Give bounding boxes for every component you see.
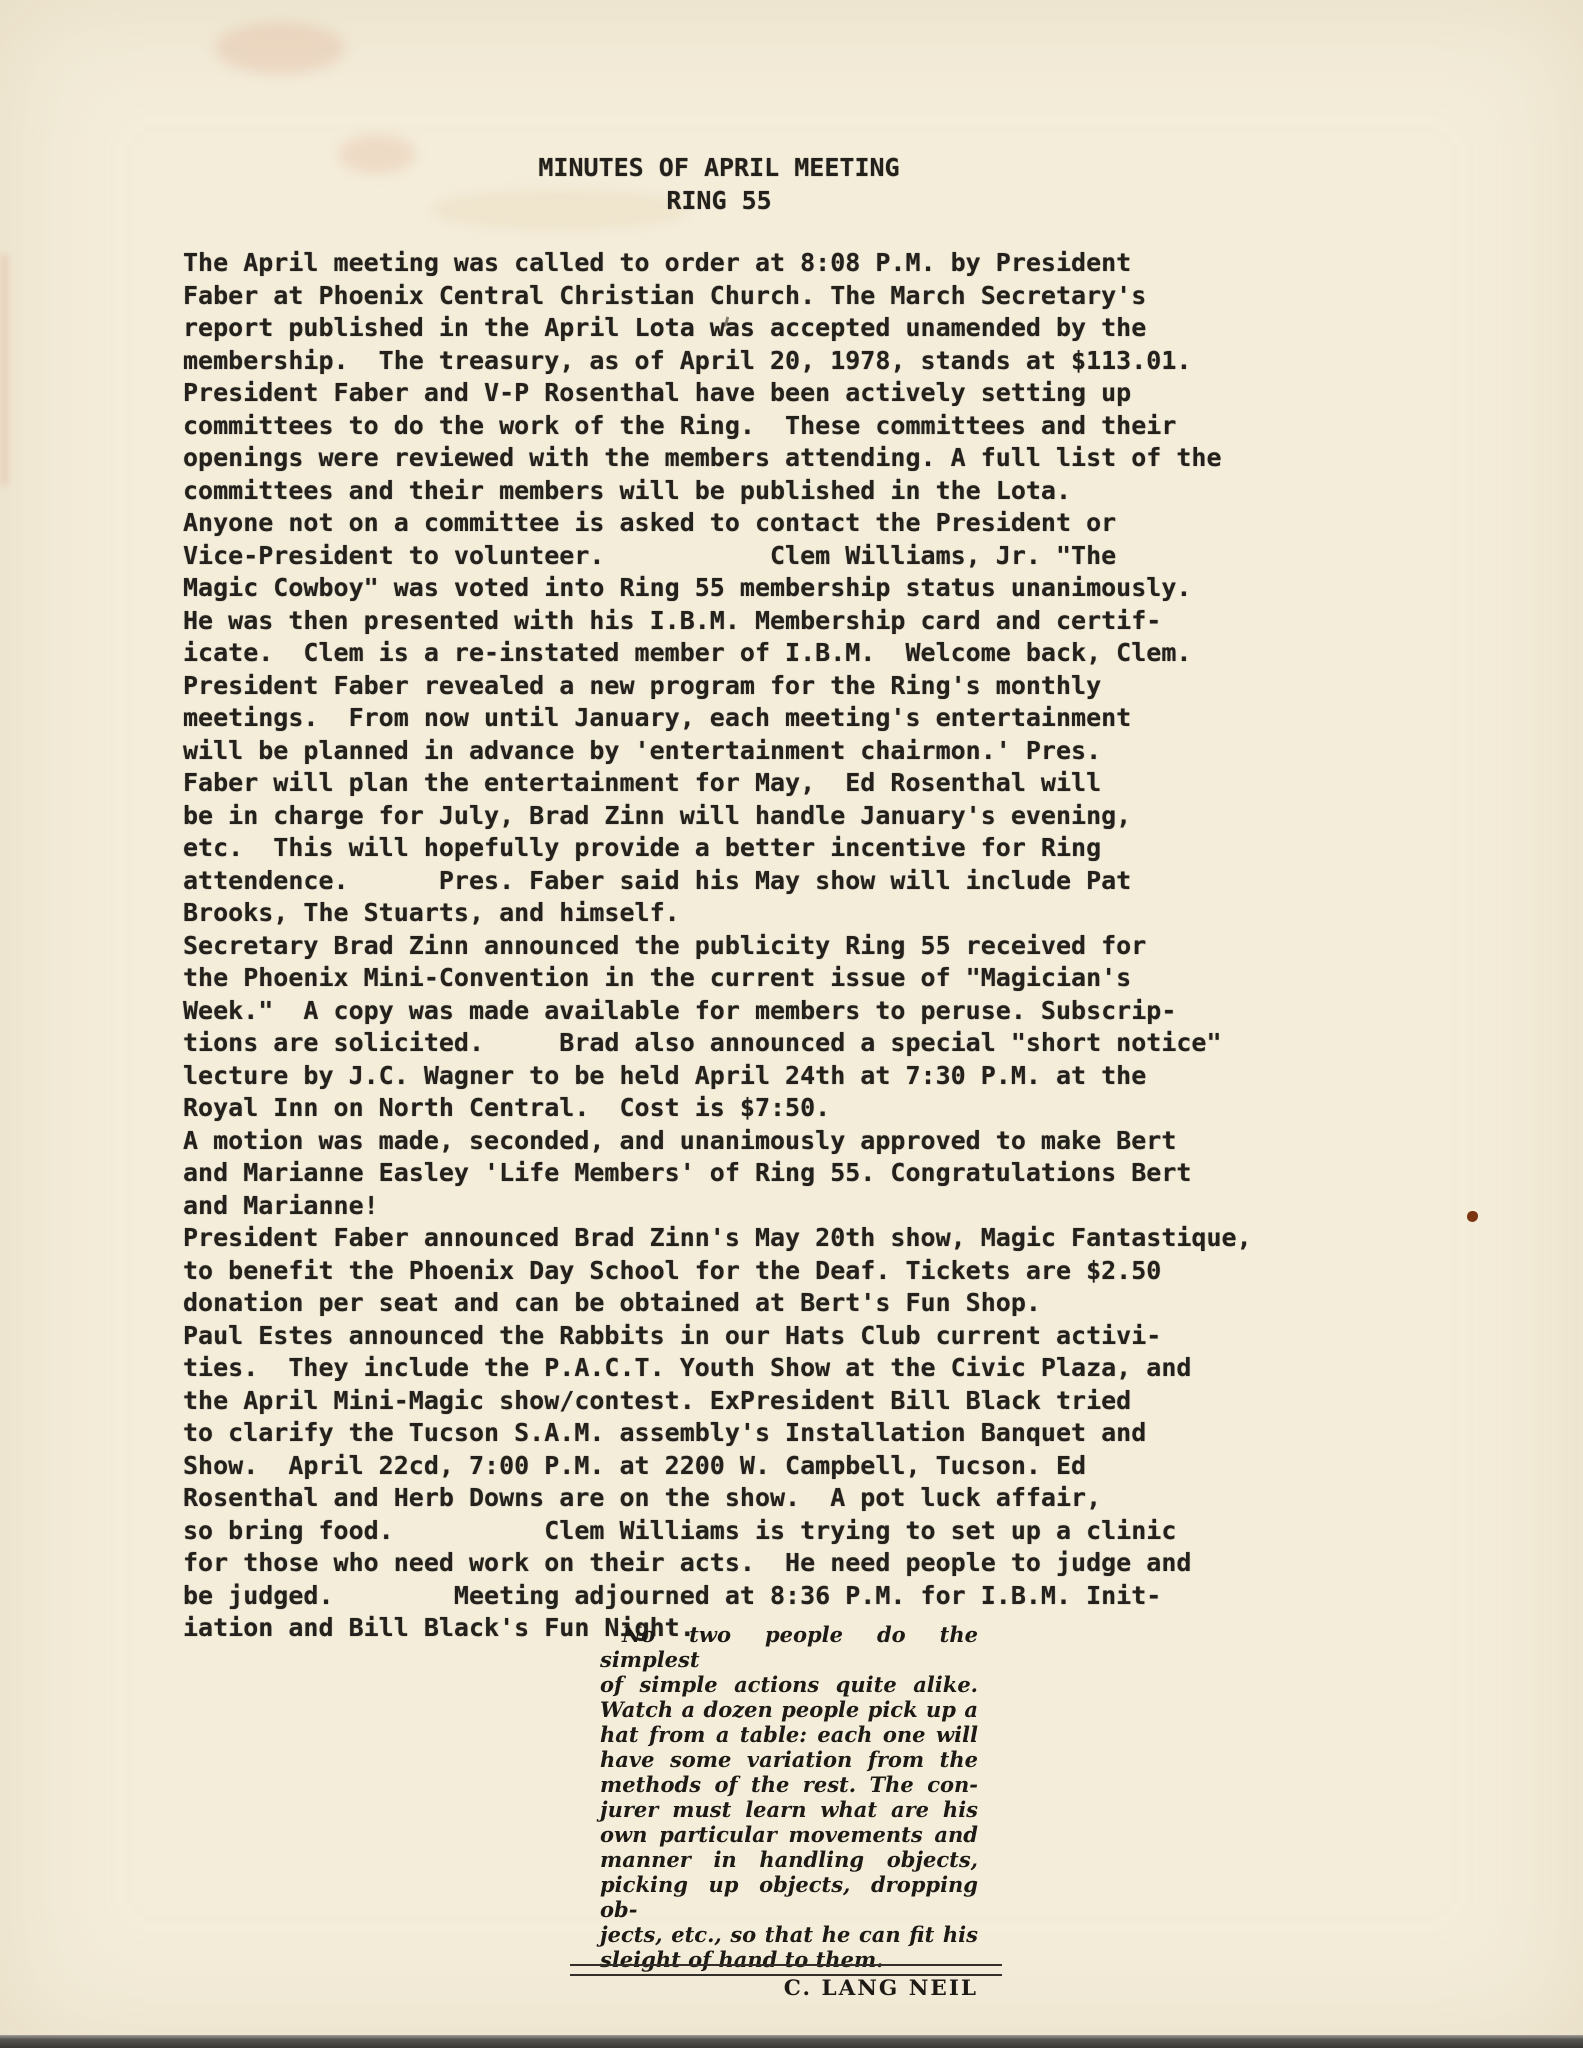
typed-line: President Faber revealed a new program f… bbox=[183, 670, 1293, 703]
typed-line: attendence. Pres. Faber said his May sho… bbox=[183, 865, 1293, 898]
double-horizontal-rule bbox=[570, 1964, 1002, 1976]
typed-line: report published in the April Lota was a… bbox=[183, 312, 1293, 345]
typed-line: tions are solicited. Brad also announced… bbox=[183, 1027, 1293, 1060]
document-title: MINUTES OF APRIL MEETING RING 55 bbox=[183, 152, 1255, 217]
typed-line: Secretary Brad Zinn announced the public… bbox=[183, 930, 1293, 963]
quote-attribution: C. LANG NEIL bbox=[600, 1976, 978, 2001]
typed-line: Show. April 22cd, 7:00 P.M. at 2200 W. C… bbox=[183, 1450, 1293, 1483]
quote-line: manner in handling objects, bbox=[600, 1847, 978, 1872]
typed-line: etc. This will hopefully provide a bette… bbox=[183, 832, 1293, 865]
typed-line: Brooks, The Stuarts, and himself. bbox=[183, 897, 1293, 930]
quote-line: own particular movements and bbox=[600, 1822, 978, 1847]
typed-line: the April Mini-Magic show/contest. ExPre… bbox=[183, 1385, 1293, 1418]
quote-line: jects, etc., so that he can fit his bbox=[600, 1922, 978, 1947]
quote-line: Watch a dozen people pick up a bbox=[600, 1697, 978, 1722]
typed-line: lecture by J.C. Wagner to be held April … bbox=[183, 1060, 1293, 1093]
quote-line: picking up objects, dropping ob- bbox=[600, 1872, 978, 1922]
typed-line: be in charge for July, Brad Zinn will ha… bbox=[183, 800, 1293, 833]
quote-line: hat from a table: each one will bbox=[600, 1722, 978, 1747]
title-line-1: MINUTES OF APRIL MEETING bbox=[183, 152, 1255, 185]
typed-line: meetings. From now until January, each m… bbox=[183, 702, 1293, 735]
typed-line: Week." A copy was made available for mem… bbox=[183, 995, 1293, 1028]
typed-line: President Faber and V-P Rosenthal have b… bbox=[183, 377, 1293, 410]
typed-line: A motion was made, seconded, and unanimo… bbox=[183, 1125, 1293, 1158]
typed-line: will be planned in advance by 'entertain… bbox=[183, 735, 1293, 768]
typed-line: President Faber announced Brad Zinn's Ma… bbox=[183, 1222, 1293, 1255]
typed-line: Royal Inn on North Central. Cost is $7:5… bbox=[183, 1092, 1293, 1125]
minutes-body: The April meeting was called to order at… bbox=[183, 247, 1293, 1645]
typed-line: committees and their members will be pub… bbox=[183, 475, 1293, 508]
typed-line: for those who need work on their acts. H… bbox=[183, 1547, 1293, 1580]
quote-line: No two people do the simplest bbox=[600, 1622, 978, 1672]
scan-edge-streak bbox=[0, 255, 9, 485]
scanned-document-page: MINUTES OF APRIL MEETING RING 55 The Apr… bbox=[0, 0, 1583, 2048]
quote-text: No two people do the simplestof simple a… bbox=[600, 1622, 978, 1972]
typed-line: Vice-President to volunteer. Clem Willia… bbox=[183, 540, 1293, 573]
typed-line: Magic Cowboy" was voted into Ring 55 mem… bbox=[183, 572, 1293, 605]
typed-line: Faber will plan the entertainment for Ma… bbox=[183, 767, 1293, 800]
scan-bottom-edge bbox=[0, 2035, 1583, 2048]
typed-line: membership. The treasury, as of April 20… bbox=[183, 345, 1293, 378]
scan-smudge bbox=[215, 22, 345, 74]
typed-line: The April meeting was called to order at… bbox=[183, 247, 1293, 280]
typed-line: so bring food. Clem Williams is trying t… bbox=[183, 1515, 1293, 1548]
quote-line: of simple actions quite alike. bbox=[600, 1672, 978, 1697]
typed-line: be judged. Meeting adjourned at 8:36 P.M… bbox=[183, 1580, 1293, 1613]
typed-line: ties. They include the P.A.C.T. Youth Sh… bbox=[183, 1352, 1293, 1385]
title-line-2: RING 55 bbox=[183, 185, 1255, 218]
quote-line: methods of the rest. The con- bbox=[600, 1772, 978, 1797]
quote-line: jurer must learn what are his bbox=[600, 1797, 978, 1822]
typed-text-area: MINUTES OF APRIL MEETING RING 55 The Apr… bbox=[183, 152, 1293, 1645]
typed-line: donation per seat and can be obtained at… bbox=[183, 1287, 1293, 1320]
red-ink-dot bbox=[1467, 1211, 1478, 1222]
typed-line: He was then presented with his I.B.M. Me… bbox=[183, 605, 1293, 638]
typed-line: openings were reviewed with the members … bbox=[183, 442, 1293, 475]
typed-line: and Marianne! bbox=[183, 1190, 1293, 1223]
typed-line: Paul Estes announced the Rabbits in our … bbox=[183, 1320, 1293, 1353]
quote-line: have some variation from the bbox=[600, 1747, 978, 1772]
typed-line: Faber at Phoenix Central Christian Churc… bbox=[183, 280, 1293, 313]
typed-line: to clarify the Tucson S.A.M. assembly's … bbox=[183, 1417, 1293, 1450]
typed-line: icate. Clem is a re-instated member of I… bbox=[183, 637, 1293, 670]
typed-line: Rosenthal and Herb Downs are on the show… bbox=[183, 1482, 1293, 1515]
typed-line: to benefit the Phoenix Day School for th… bbox=[183, 1255, 1293, 1288]
printed-quote-block: No two people do the simplestof simple a… bbox=[600, 1622, 978, 2001]
typed-line: and Marianne Easley 'Life Members' of Ri… bbox=[183, 1157, 1293, 1190]
typed-line: committees to do the work of the Ring. T… bbox=[183, 410, 1293, 443]
typed-line: the Phoenix Mini-Convention in the curre… bbox=[183, 962, 1293, 995]
typed-line: Anyone not on a committee is asked to co… bbox=[183, 507, 1293, 540]
